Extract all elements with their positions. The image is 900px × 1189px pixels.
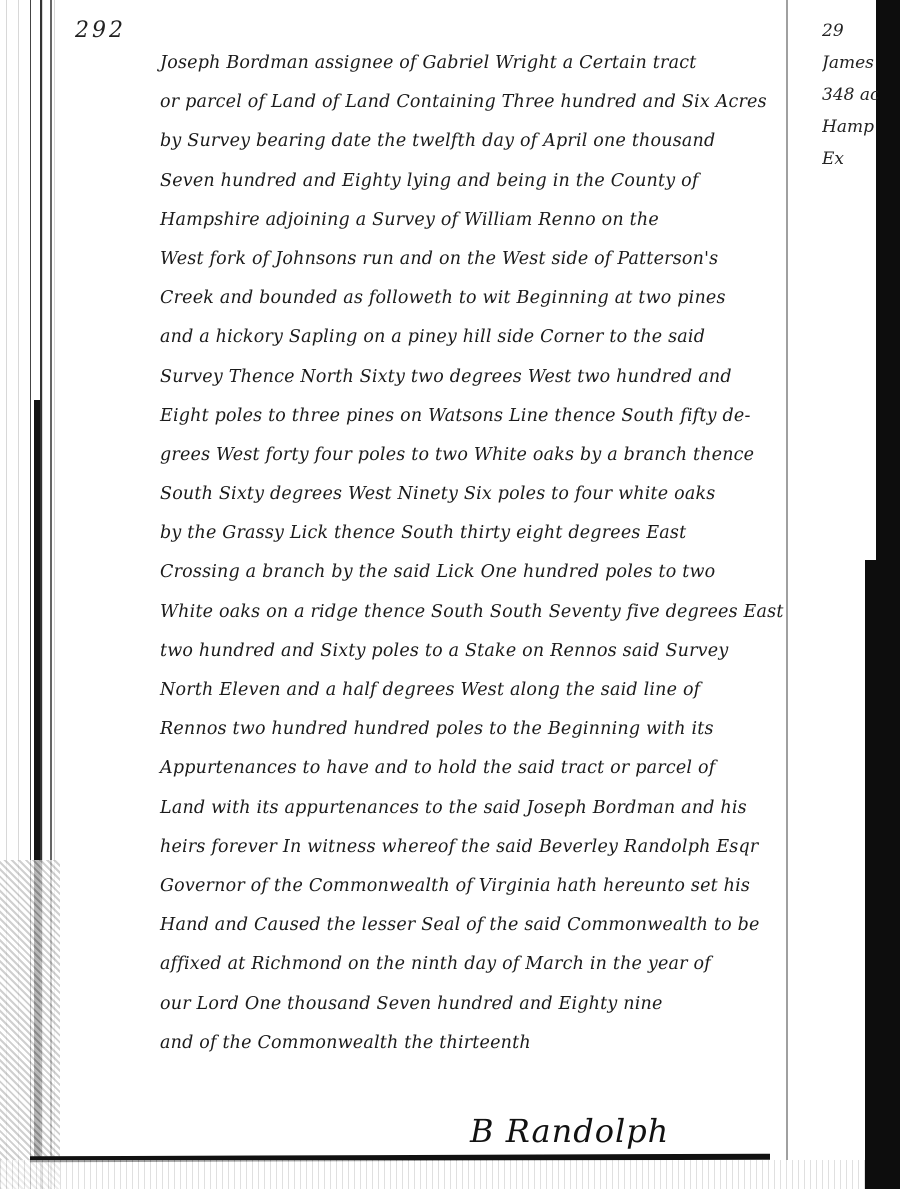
text-line: our Lord One thousand Seven hundred and … [160, 985, 760, 1024]
text-line: Survey Thence North Sixty two degrees We… [160, 358, 760, 397]
book-spine-shadow [865, 560, 900, 1189]
text-line: North Eleven and a half degrees West alo… [160, 671, 760, 710]
text-line: South Sixty degrees West Ninety Six pole… [160, 475, 760, 514]
scan-noise [0, 1160, 900, 1189]
margin-note-line: James B [822, 46, 878, 78]
text-line: Hand and Caused the lesser Seal of the s… [160, 906, 760, 945]
text-line: Land with its appurtenances to the said … [160, 789, 760, 828]
text-line: or parcel of Land of Land Containing Thr… [160, 83, 760, 122]
page-number: 292 [75, 18, 126, 43]
text-line: two hundred and Sixty poles to a Stake o… [160, 632, 760, 671]
land-grant-text: Joseph Bordman assignee of Gabriel Wrigh… [160, 44, 760, 1063]
scan-noise [0, 860, 60, 1189]
text-line: Rennos two hundred hundred poles to the … [160, 710, 760, 749]
right-margin-rule [786, 0, 788, 1160]
text-line: Hampshire adjoining a Survey of William … [160, 201, 760, 240]
text-line: affixed at Richmond on the ninth day of … [160, 945, 760, 984]
text-line: by the Grassy Lick thence South thirty e… [160, 514, 760, 553]
text-line: West fork of Johnsons run and on the Wes… [160, 240, 760, 279]
text-line: and a hickory Sapling on a piney hill si… [160, 318, 760, 357]
text-line: Crossing a branch by the said Lick One h… [160, 553, 760, 592]
margin-note: 29 James B 348 ac Hamp Ex [822, 14, 878, 174]
margin-note-line: 348 ac [822, 78, 878, 110]
margin-note-line: 29 [822, 14, 878, 46]
text-line: Governor of the Commonwealth of Virginia… [160, 867, 760, 906]
text-line: Joseph Bordman assignee of Gabriel Wrigh… [160, 44, 760, 83]
text-line: by Survey bearing date the twelfth day o… [160, 122, 760, 161]
text-line: and of the Commonwealth the thirteenth [160, 1024, 760, 1063]
text-line: heirs forever In witness whereof the sai… [160, 828, 760, 867]
margin-note-line: Ex [822, 142, 878, 174]
text-line: Eight poles to three pines on Watsons Li… [160, 397, 760, 436]
margin-note-line: Hamp [822, 110, 878, 142]
text-line: grees West forty four poles to two White… [160, 436, 760, 475]
text-line: Seven hundred and Eighty lying and being… [160, 162, 760, 201]
text-line: Creek and bounded as followeth to wit Be… [160, 279, 760, 318]
governor-signature: B Randolph [470, 1112, 669, 1150]
text-line: Appurtenances to have and to hold the sa… [160, 749, 760, 788]
text-line: White oaks on a ridge thence South South… [160, 593, 760, 632]
